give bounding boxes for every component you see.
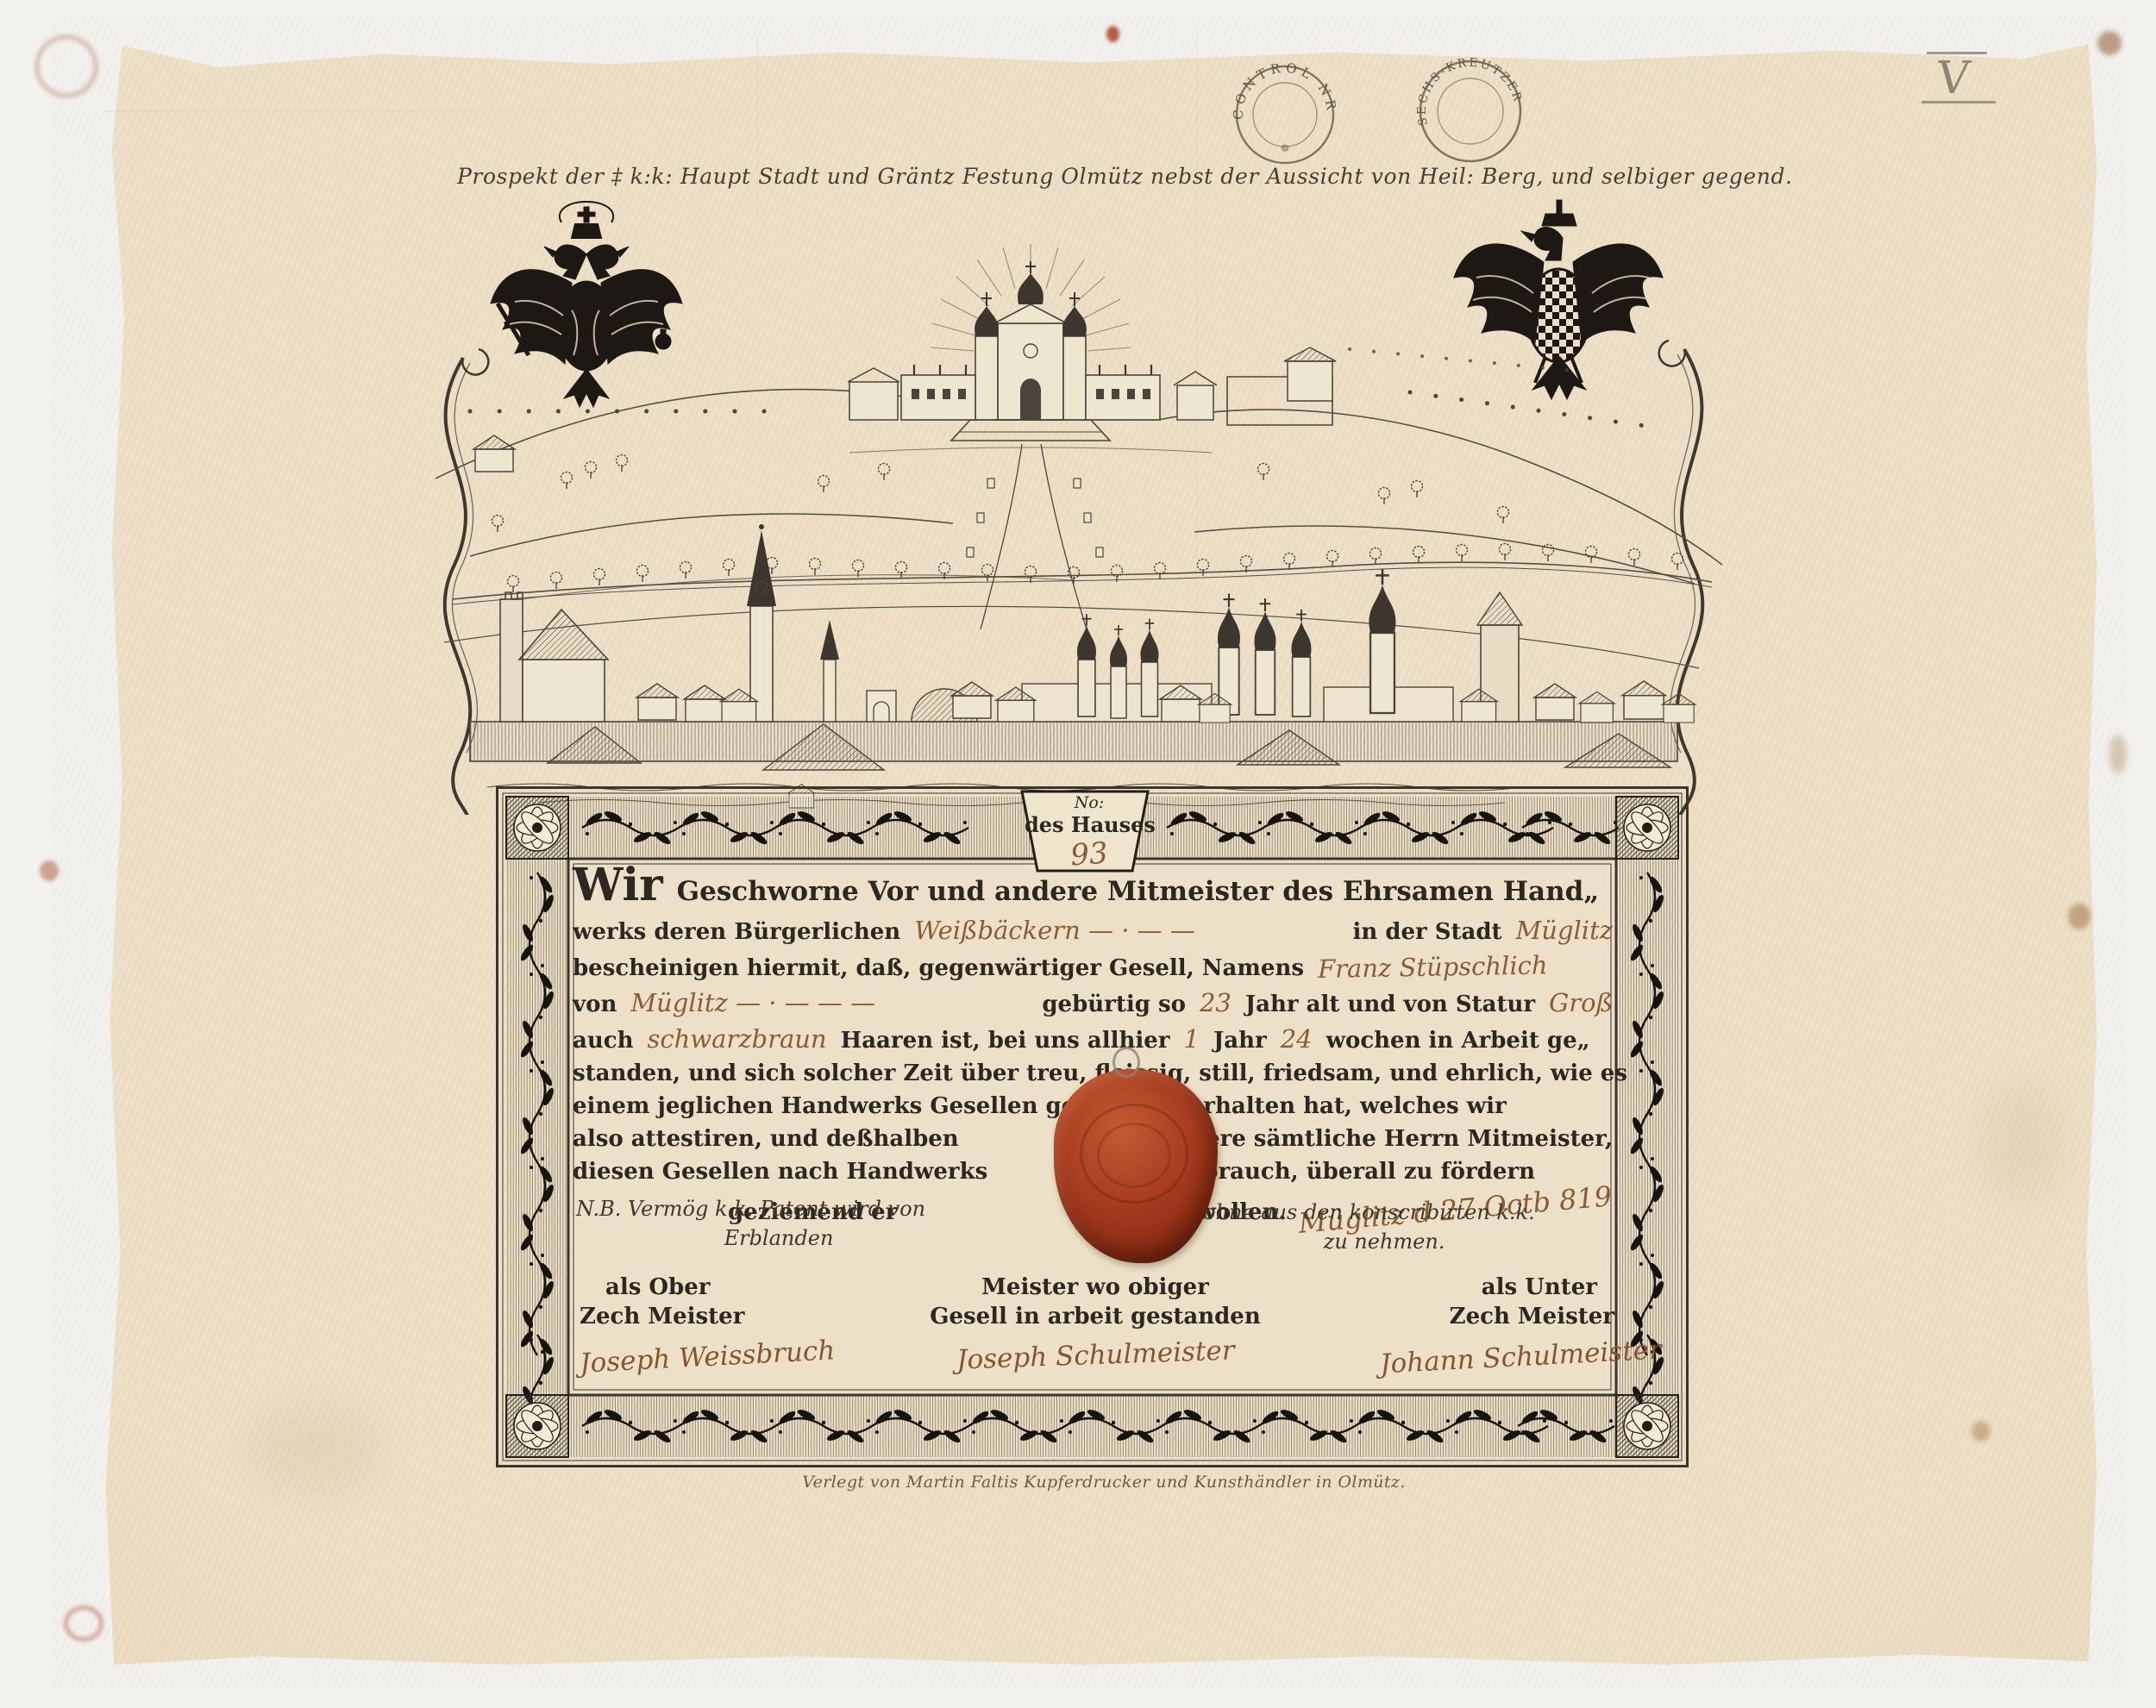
nb-note-left: N.B. Vermög k.k. Patent wird von Erbland… [576, 1197, 981, 1250]
meister-column: Meister wo obiger Gesell in arbeit gesta… [897, 1274, 1294, 1371]
signature: Joseph Schulmeister [956, 1335, 1235, 1375]
stain [64, 1605, 103, 1642]
scanned-certificate-page: { "artifact": { "corner_mark": "V", "cap… [0, 0, 2156, 1708]
unter-zechmeister-column: als Unter Zech Meister Johann Schulmeist… [1380, 1274, 1614, 1373]
body-line-5: auch schwarzbraun Haaren ist, bei uns al… [573, 1024, 1613, 1054]
stain [2097, 31, 2122, 55]
stain [34, 34, 98, 98]
pencil-numeral-mark: V [1921, 52, 1999, 103]
seal-wire-loop [1112, 1047, 1140, 1078]
fold-crease [103, 110, 1199, 112]
handwritten-weeks: 24 [1281, 1024, 1313, 1054]
svg-text:CONTROL NR: CONTROL NR [1229, 59, 1341, 139]
handwritten-trade: Weißbäckern — · — — [914, 916, 1338, 945]
drop-initial: Wir [573, 867, 663, 904]
stain [2109, 735, 2127, 774]
stain [1984, 1086, 2061, 1198]
handwritten-name: Franz Stüpschlich [1318, 949, 1614, 984]
hills [436, 390, 1722, 668]
stain [1971, 1421, 1990, 1442]
control-stamp: CONTROL NR ❁ [1229, 59, 1341, 171]
sechs-kreutzer-stamp: SECHS-KREUTZER [1413, 53, 1528, 169]
stain [250, 1405, 379, 1492]
stain [2068, 904, 2090, 929]
stamp-flourish: ❁ [1281, 142, 1289, 154]
body-line-4: von Müglitz — · — — — gebürtig so 23 Jah… [573, 988, 1613, 1017]
handwritten-town: Müglitz [1516, 916, 1613, 945]
no-label: No: [1025, 793, 1154, 812]
ober-zechmeister-column: als Ober Zech Meister Joseph Weissbruch [580, 1274, 838, 1373]
stain [40, 860, 59, 881]
svg-text:SECHS-KREUTZER: SECHS-KREUTZER [1413, 53, 1526, 141]
handwritten-age: 23 [1200, 988, 1232, 1017]
stamp-text: SECHS-KREUTZER [1413, 53, 1526, 141]
stamp-text: CONTROL NR [1229, 59, 1341, 139]
body-line-2: werks deren Bürgerlichen Weißbäckern — ·… [573, 916, 1613, 945]
olmutz-city-engraving [418, 194, 1729, 815]
printer-imprint: Verlegt von Martin Faltis Kupferdrucker … [552, 1473, 1656, 1492]
body-line-1: Wir Geschworne Vor und andere Mitmeister… [573, 867, 1613, 907]
house-number-cartouche: No: des Hauses 93 [1025, 793, 1154, 872]
pilgrim-path [981, 444, 1087, 629]
nb-note-right: ohne aus den konscribirten k.k. zu nehme… [1203, 1200, 1565, 1254]
roman-numeral-v: V [1934, 56, 2001, 101]
handwritten-stature: Groß [1549, 988, 1613, 1017]
wayside-shrines [967, 479, 1103, 557]
handwritten-hair: schwarzbraun [647, 1024, 826, 1054]
handwritten-birthplace: Müglitz — · — — — [630, 988, 1028, 1017]
red-wax-dot [1106, 26, 1119, 42]
body-line-3: bescheinigen hiermit, daß, gegenwärtiger… [573, 952, 1613, 981]
handwritten-years: 1 [1183, 1024, 1199, 1054]
seal-impression [1097, 1123, 1171, 1188]
